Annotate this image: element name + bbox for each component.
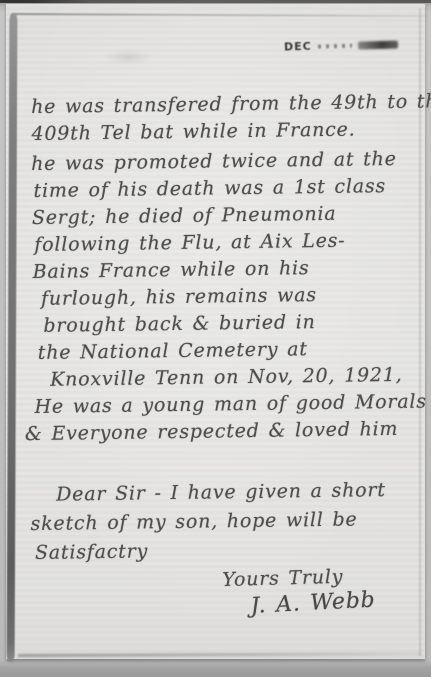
date-stamp-text: DEC (284, 40, 312, 54)
paper-smudge (104, 50, 152, 64)
letter-line: & Everyone respected & loved him (25, 415, 428, 448)
letter-line: Satisfactry (35, 534, 387, 568)
letter-line: sketch of my son, hope will be (30, 505, 386, 539)
letter-line: 409th Tel bat while in France. (31, 115, 431, 148)
scan-top-edge (0, 0, 431, 3)
letter-paragraph-transfer: he was transfered from the 49th to the 4… (31, 88, 431, 148)
letter-line: time of his death was a 1st class (33, 173, 424, 205)
letter-line: he was transfered from the 49th to the (31, 88, 431, 121)
date-stamp-smudge-block (358, 40, 398, 49)
letter-line: Dear Sir - I have given a short (56, 476, 386, 510)
valediction: Yours Truly (222, 566, 344, 591)
letter-paragraph-dear-sir: Dear Sir - I have given a short sketch o… (30, 476, 387, 568)
letter-paragraph-death-burial: he was promoted twice and at the time of… (31, 146, 427, 448)
scanned-letter-page: DEC he was transfered from the 49th to t… (0, 0, 431, 677)
date-stamp-smudge-marks (318, 43, 352, 48)
